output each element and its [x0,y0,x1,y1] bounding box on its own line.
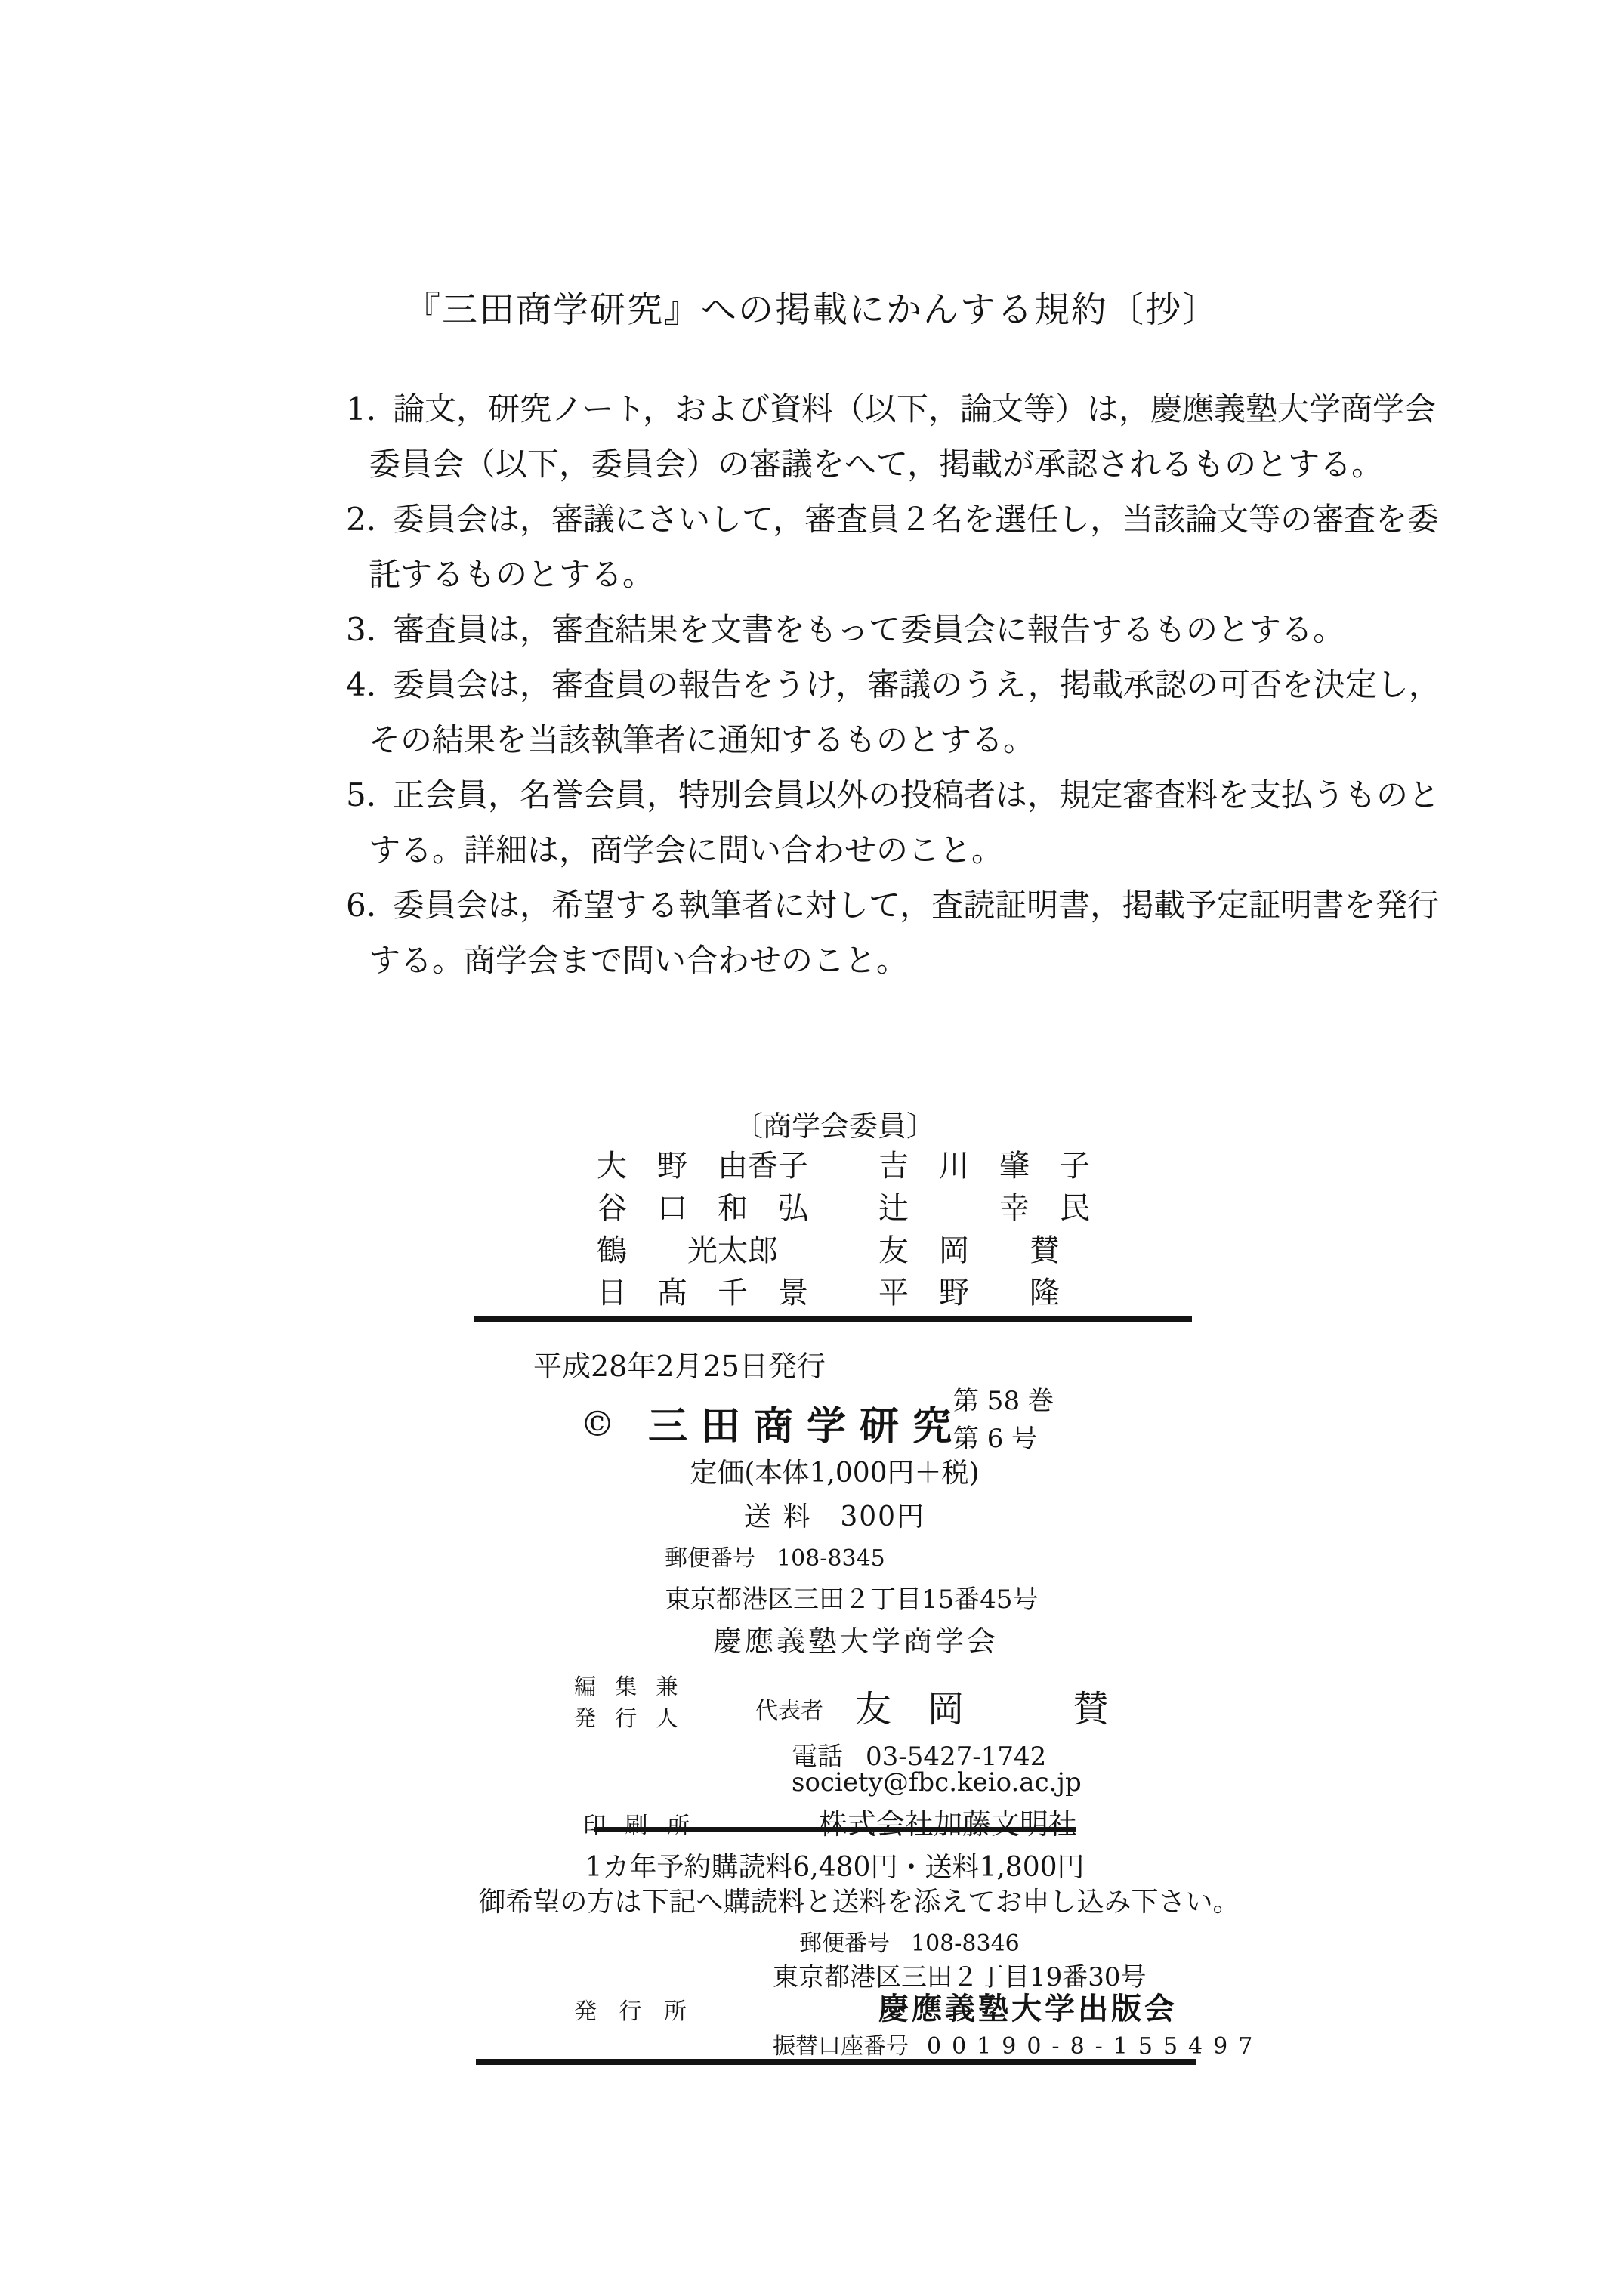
account-number: 00190-8-155497 [927,2033,1263,2060]
committee-column-left: 大 野 由香子 谷 口 和 弘 鶴 光太郎 日 髙 千 景 [597,1145,808,1314]
committee-header: 〔商学会委員〕 [476,1103,1193,1144]
society-name: 慶應義塾大学商学会 [713,1618,999,1659]
subscription-instruction-line: 御希望の方は下記へ購読料と送料を添えてお申し込み下さい。 [465,1881,1254,1919]
committee-member: 吉 川 肇 子 [878,1145,1090,1187]
list-text: 委員会は，希望する執筆者に対して，査読証明書，掲載予定証明書を発行 [393,887,1439,924]
printer-label: 印 刷 所 [583,1807,696,1840]
committee-member: 辻 幸 民 [878,1187,1090,1230]
postal-code: 108-8345 [776,1545,885,1572]
list-text: 審査員は，審査結果を文書をもって委員会に報告するものとする。 [393,611,1345,648]
printer-name: 株式会社加藤文明社 [819,1801,1077,1842]
list-item: 4.委員会は，審査員の報告をうけ，審議のうえ，掲載承認の可否を決定し， その結果… [346,657,1440,767]
list-text: その結果を当該執筆者に通知するものとする。 [346,712,1440,767]
list-item: 3.審査員は，審査結果を文書をもって委員会に報告するものとする。 [346,602,1440,657]
list-item: 6.委員会は，希望する執筆者に対して，査読証明書，掲載予定証明書を発行 する。商… [346,878,1440,988]
list-text: 正会員，名誉会員，特別会員以外の投稿者は，規定審査料を支払うものと [393,776,1440,813]
committee-member: 大 野 由香子 [597,1145,808,1187]
list-number: 4. [346,657,393,712]
list-text: 委員会は，審議にさいして，審査員２名を選任し，当該論文等の審査を委 [393,501,1439,538]
editor-role-line: 編 集 兼 [574,1671,684,1702]
postal-label: 郵便番号 [665,1545,755,1572]
divider-top [474,1316,1192,1322]
publisher-name: 慶應義塾大学出版会 [878,1985,1178,2028]
list-text: する。詳細は，商学会に問い合わせのこと。 [346,822,1440,878]
list-number: 1. [346,381,393,437]
publisher-label: 発 行 所 [574,1992,694,2026]
committee-column-right: 吉 川 肇 子 辻 幸 民 友 岡 賛 平 野 隆 [878,1145,1090,1314]
subscription-price-line: 1カ年予約購読料6,480円・送料1,800円 [476,1846,1193,1884]
society-address: 東京都港区三田２丁目15番45号 [665,1579,1039,1616]
page-title: 『三田商学研究』への掲載にかんする規約〔抄〕 [0,282,1624,332]
copyright-symbol: © [580,1403,615,1444]
list-number: 5. [346,767,393,822]
publication-date: 平成28年2月25日発行 [533,1343,826,1384]
editor-role-line: 発 行 人 [574,1702,684,1734]
list-text: 委員会は，審査員の報告をうけ，審議のうえ，掲載承認の可否を決定し， [393,666,1440,703]
email-address: society@fbc.keio.ac.jp [792,1767,1082,1798]
account-label: 振替口座番号 [773,2033,909,2060]
document-page: 『三田商学研究』への掲載にかんする規約〔抄〕 1.論文，研究ノート，および資料（… [0,0,1624,2293]
divider-middle [594,1827,1076,1832]
postal-code: 108-8346 [911,1930,1020,1957]
journal-title: 三田商学研究 [648,1394,965,1451]
editor-publisher-role: 編 集 兼 発 行 人 [574,1671,684,1734]
list-text: 委員会（以下，委員会）の審議をへて，掲載が承認されるものとする。 [346,437,1440,492]
list-number: 3. [346,602,393,657]
committee-member: 日 髙 千 景 [597,1272,808,1314]
list-text: する。商学会まで問い合わせのこと。 [346,933,1440,988]
divider-bottom [476,2059,1196,2065]
volume-number: 第 58 巻 [953,1382,1054,1420]
transfer-account-line: 振替口座番号00190-8-155497 [773,2027,1263,2060]
postal-code-line: 郵便番号108-8345 [665,1539,885,1572]
list-item: 2.委員会は，審議にさいして，審査員２名を選任し，当該論文等の審査を委 託するも… [346,492,1440,602]
regulation-list: 1.論文，研究ノート，および資料（以下，論文等）は，慶應義塾大学商学会 委員会（… [346,381,1440,988]
committee-member: 谷 口 和 弘 [597,1187,808,1230]
publisher-postal-line: 郵便番号108-8346 [799,1924,1020,1958]
committee-member: 鶴 光太郎 [597,1230,808,1272]
list-item: 1.論文，研究ノート，および資料（以下，論文等）は，慶應義塾大学商学会 委員会（… [346,381,1440,492]
price-line: 定価(本体1,000円＋税) [476,1452,1193,1490]
representative-label: 代表者 [755,1692,823,1725]
list-number: 6. [346,878,393,933]
list-item: 5.正会員，名誉会員，特別会員以外の投稿者は，規定審査料を支払うものと する。詳… [346,767,1440,878]
volume-issue: 第 58 巻 第 6 号 [953,1382,1054,1458]
list-number: 2. [346,492,393,547]
committee-member: 平 野 隆 [878,1272,1090,1314]
postal-label: 郵便番号 [799,1930,890,1957]
list-text: 論文，研究ノート，および資料（以下，論文等）は，慶應義塾大学商学会 [393,390,1436,427]
committee-member: 友 岡 賛 [878,1230,1090,1272]
postage-line: 送 料 300円 [476,1495,1193,1534]
representative-name: 友 岡 賛 [855,1680,1109,1732]
list-text: 託するものとする。 [346,547,1440,602]
